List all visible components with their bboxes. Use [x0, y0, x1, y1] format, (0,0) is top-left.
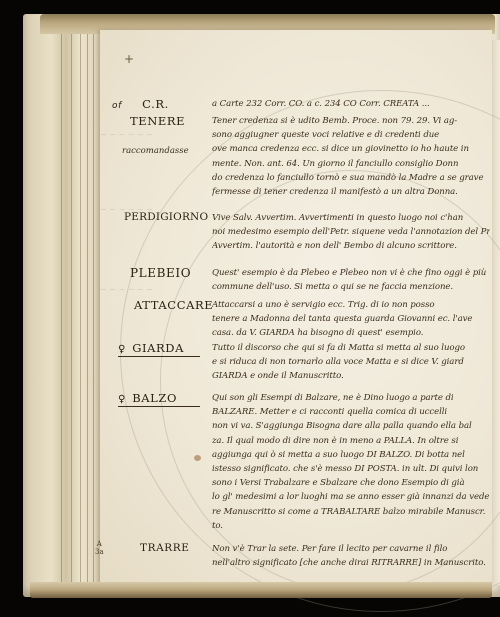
- handwritten-line: Non v'è Trar la sete. Per fare il lecito…: [212, 542, 490, 556]
- page-edge-line: [71, 34, 72, 587]
- handwritten-line: nell'altro significato [che anche dirai …: [212, 556, 490, 570]
- paper-stain: [194, 455, 201, 461]
- entry-body: Tutto il discorso che qui si fa di Matta…: [212, 341, 490, 384]
- handwritten-line: re Manuscritto si come a TRABALTARE balz…: [212, 505, 490, 519]
- page-edge-line: [80, 34, 81, 587]
- handwritten-line: fermesse di tener credenza il manifestò …: [212, 185, 490, 199]
- headword-text: GIARDA: [132, 341, 184, 355]
- handwritten-line: sono aggiugner queste voci relative e di…: [212, 128, 490, 142]
- female-symbol-marker: ♀: [118, 394, 126, 405]
- margin-note: raccomandasse: [122, 146, 222, 156]
- handwritten-line: mente. Non. ant. 64. Un giorno il fanciu…: [212, 157, 490, 171]
- handwritten-line: ove manca credenza ecc. si dice un giovi…: [212, 142, 490, 156]
- handwritten-line: GIARDA e onde il Manuscritto.: [212, 369, 490, 383]
- headword-text: BALZO: [132, 391, 177, 405]
- entry-body: a Carte 232 Corr. CO. a c. 234 CO Corr. …: [212, 97, 490, 111]
- entry-body: Quest' esempio è da Plebeo e Plebeo non …: [212, 266, 490, 294]
- entry-body: Qui son gli Esempi di Balzare, ne è Dino…: [212, 391, 490, 533]
- manuscript-photo: ~ ~ ~ ~ ~ ~ ~ ~ ~ ~ ~ ~ ~ ~ ~ ~ ~ ~ + of…: [0, 0, 500, 617]
- handwritten-line: commune dell'uso. Si metta o qui se ne f…: [212, 280, 490, 294]
- page-edge-line: [93, 34, 94, 587]
- handwritten-line: Attaccarsi a uno è servigio ecc. Trig. d…: [212, 298, 490, 312]
- cross-mark: +: [124, 52, 134, 66]
- signature-letter: A: [95, 540, 104, 548]
- page-edge-line: [87, 34, 88, 587]
- handwritten-line: Qui son gli Esempi di Balzare, ne è Dino…: [212, 391, 490, 405]
- handwritten-line: tenere a Madonna del tanta questa guarda…: [212, 312, 490, 326]
- handwritten-line: Avvertim. l'autorità e non dell' Bembo d…: [212, 239, 490, 253]
- handwritten-line: Tener credenza si è udito Bemb. Proce. n…: [212, 114, 490, 128]
- handwritten-line: BALZARE. Metter e ci racconti quella com…: [212, 405, 490, 419]
- headword-text: C.R.: [142, 97, 169, 111]
- page-edge-line: [61, 34, 62, 587]
- handwritten-line: non vi va. S'aggiunga Bisogna dare alla …: [212, 419, 490, 433]
- entry-body: Attaccarsi a uno è servigio ecc. Trig. d…: [212, 298, 490, 341]
- handwritten-line: do credenza lo fanciullo tornò e sua man…: [212, 171, 490, 185]
- handwritten-line: sono i Versi Trabalzare e Sbalzare che d…: [212, 476, 490, 490]
- bottom-page-edges: [30, 582, 492, 598]
- show-through-text: ~ ~ ~ ~ ~ ~: [100, 130, 153, 139]
- entry-body: Tener credenza si è udito Bemb. Proce. n…: [212, 114, 490, 199]
- headword: ♀ BALZO: [118, 391, 200, 407]
- headword: ♀ GIARDA: [118, 341, 200, 357]
- headword-cr: of C.R.: [112, 97, 212, 111]
- handwritten-line: Vive Salv. Avvertim. Avvertimenti in que…: [212, 211, 490, 225]
- entry-body: Vive Salv. Avvertim. Avvertimenti in que…: [212, 211, 490, 254]
- handwritten-line: lo gl' medesimi a lor luoghi ma se anno …: [212, 490, 490, 504]
- handwritten-line: casa. da V. GIARDA ha bisogno di quest' …: [212, 326, 490, 340]
- show-through-text: ~ ~ ~ ~ ~ ~: [100, 285, 153, 294]
- handwritten-line: istesso significato. che s'è messo DI PO…: [212, 462, 490, 476]
- handwritten-line: za. Il qual modo di dire non è in meno a…: [212, 434, 490, 448]
- page-signature: A 3a: [95, 540, 104, 556]
- female-symbol-marker: ♀: [118, 344, 126, 355]
- header-left-marker: of: [112, 101, 122, 111]
- handwritten-line: to.: [212, 519, 490, 533]
- entry-body: Non v'è Trar la sete. Per fare il lecito…: [212, 542, 490, 570]
- handwritten-line: aggiunga qui ò si metta a suo luogo DI B…: [212, 448, 490, 462]
- headword: PERDIGIORNO: [124, 211, 224, 223]
- handwritten-line: Tutto il discorso che qui si fa di Matta…: [212, 341, 490, 355]
- handwritten-line: a Carte 232 Corr. CO. a c. 234 CO Corr. …: [212, 97, 490, 111]
- handwritten-line: noi medesimo esempio dell'Petr. siquene …: [212, 225, 490, 239]
- handwritten-line: e si riduca di non tornarlo alla voce Ma…: [212, 355, 490, 369]
- handwritten-line: Quest' esempio è da Plebeo e Plebeo non …: [212, 266, 490, 280]
- signature-number: 3a: [95, 548, 104, 556]
